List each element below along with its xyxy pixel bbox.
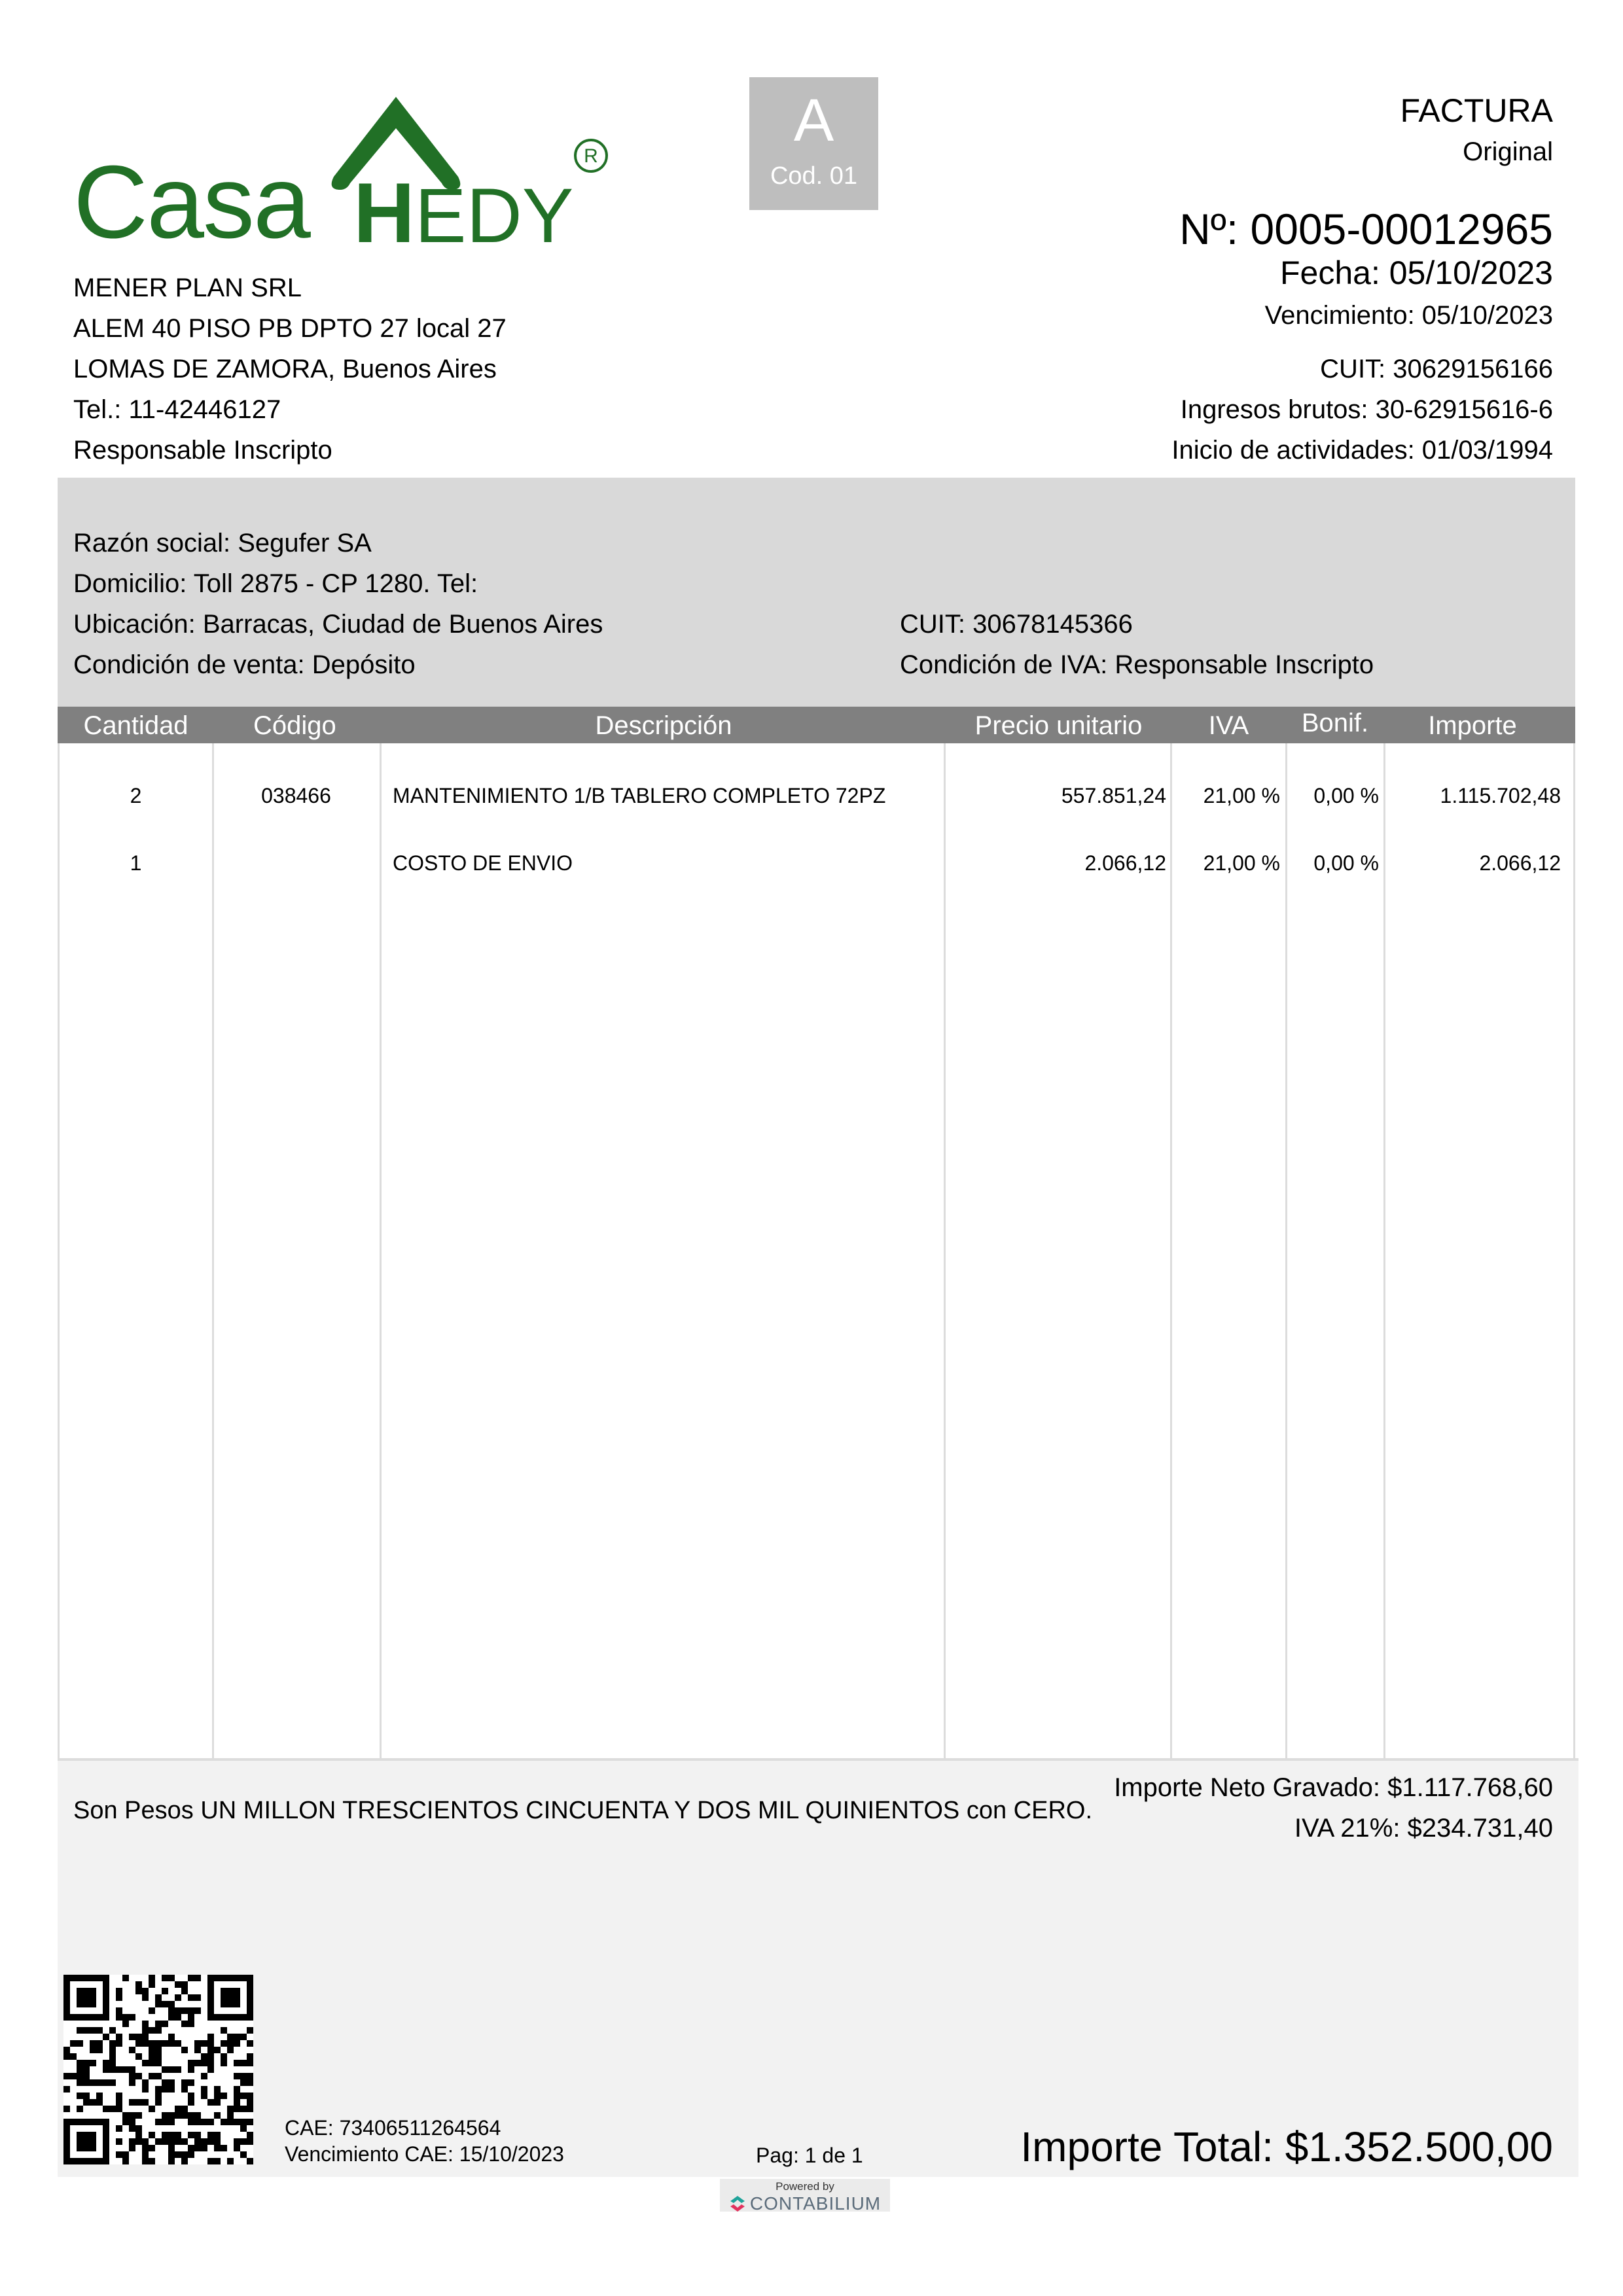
column-header-vat: IVA: [1171, 707, 1286, 743]
client-cuit: CUIT: 30678145366: [900, 610, 1133, 639]
cell-discount: 0,00 %: [1286, 784, 1379, 808]
cae-number: CAE: 73406511264564: [285, 2116, 501, 2140]
net-taxed-amount: Importe Neto Gravado: $1.117.768,60: [1114, 1773, 1553, 1803]
invoice-due-date: Vencimiento: 05/10/2023: [1265, 301, 1553, 330]
issuer-gross-income: Ingresos brutos: 30-62915616-6: [1181, 395, 1553, 425]
qr-code-icon[interactable]: [63, 1975, 253, 2164]
document-copy-label: Original: [1463, 137, 1553, 167]
invoice-date: Fecha: 05/10/2023: [1280, 254, 1553, 292]
column-divider: [212, 743, 214, 1758]
cell-vat: 21,00 %: [1171, 784, 1280, 808]
cell-vat: 21,00 %: [1171, 851, 1280, 875]
issuer-activity-start: Inicio de actividades: 01/03/1994: [1171, 436, 1553, 465]
provider-name: CONTABILIUM: [750, 2193, 881, 2214]
logo-rest-edy: EDY: [415, 173, 574, 259]
logo-word-casa: Casa: [73, 150, 310, 254]
vat-amount: IVA 21%: $234.731,40: [1294, 1814, 1553, 1843]
cae-due-date: Vencimiento CAE: 15/10/2023: [285, 2142, 564, 2166]
column-divider: [1383, 743, 1385, 1758]
column-header-quantity: Cantidad: [65, 707, 206, 743]
issuer-city: LOMAS DE ZAMORA, Buenos Aires: [73, 355, 497, 384]
invoice-letter: A: [749, 90, 878, 150]
column-header-discount: Bonif.: [1286, 707, 1384, 743]
page-number: Pag: 1 de 1: [756, 2144, 863, 2168]
logo-word-hedy: HEDY: [353, 170, 574, 255]
cell-amount: 2.066,12: [1384, 851, 1561, 875]
issuer-address: ALEM 40 PISO PB DPTO 27 local 27: [73, 314, 507, 344]
column-divider: [944, 743, 946, 1758]
column-header-unit-price: Precio unitario: [946, 707, 1171, 743]
company-logo: Casa HEDY R: [65, 92, 622, 262]
issuer-name: MENER PLAN SRL: [73, 274, 302, 303]
issuer-cuit: CUIT: 30629156166: [1320, 355, 1553, 384]
client-vat-condition: Condición de IVA: Responsable Inscripto: [900, 650, 1374, 680]
client-sale-condition: Condición de venta: Depósito: [73, 650, 416, 680]
column-divider: [1285, 743, 1287, 1758]
cell-code: 038466: [216, 784, 376, 808]
cell-unit-price: 2.066,12: [946, 851, 1166, 875]
column-divider: [380, 743, 382, 1758]
provider-brand: CONTABILIUM: [729, 2193, 881, 2214]
cell-unit-price: 557.851,24: [946, 784, 1166, 808]
client-address: Domicilio: Toll 2875 - CP 1280. Tel:: [73, 569, 478, 599]
client-location: Ubicación: Barracas, Ciudad de Buenos Ai…: [73, 610, 603, 639]
cell-quantity: 1: [65, 851, 206, 875]
column-header-code: Código: [226, 707, 397, 743]
cell-discount: 0,00 %: [1286, 851, 1379, 875]
column-divider: [1170, 743, 1172, 1758]
cell-description: MANTENIMIENTO 1/B TABLERO COMPLETO 72PZ: [393, 784, 942, 808]
invoice-code: Cod. 01: [749, 162, 878, 190]
logo-initial-h: H: [353, 165, 415, 260]
issuer-phone: Tel.: 11-42446127: [73, 395, 281, 425]
column-header-description: Descripción: [382, 707, 946, 743]
total-amount: Importe Total: $1.352.500,00: [1020, 2123, 1553, 2171]
items-table-body: [58, 743, 1575, 1758]
amount-in-words: Son Pesos UN MILLON TRESCIENTOS CINCUENT…: [73, 1797, 1092, 1825]
powered-by-label: Powered by: [720, 2180, 890, 2193]
column-header-amount: Importe: [1384, 707, 1561, 743]
svg-text:R: R: [584, 145, 598, 167]
invoice-number: Nº: 0005-00012965: [1179, 204, 1553, 254]
client-business-name: Razón social: Segufer SA: [73, 529, 372, 558]
issuer-tax-condition: Responsable Inscripto: [73, 436, 332, 465]
document-type: FACTURA: [1400, 92, 1553, 130]
cell-description: COSTO DE ENVIO: [393, 851, 942, 875]
registered-mark-icon: R: [573, 137, 609, 174]
cell-amount: 1.115.702,48: [1384, 784, 1561, 808]
powered-by-badge[interactable]: Powered by CONTABILIUM: [720, 2179, 890, 2212]
invoice-letter-box: A Cod. 01: [749, 77, 878, 210]
contabilium-logo-icon: [729, 2195, 746, 2212]
cell-quantity: 2: [65, 784, 206, 808]
